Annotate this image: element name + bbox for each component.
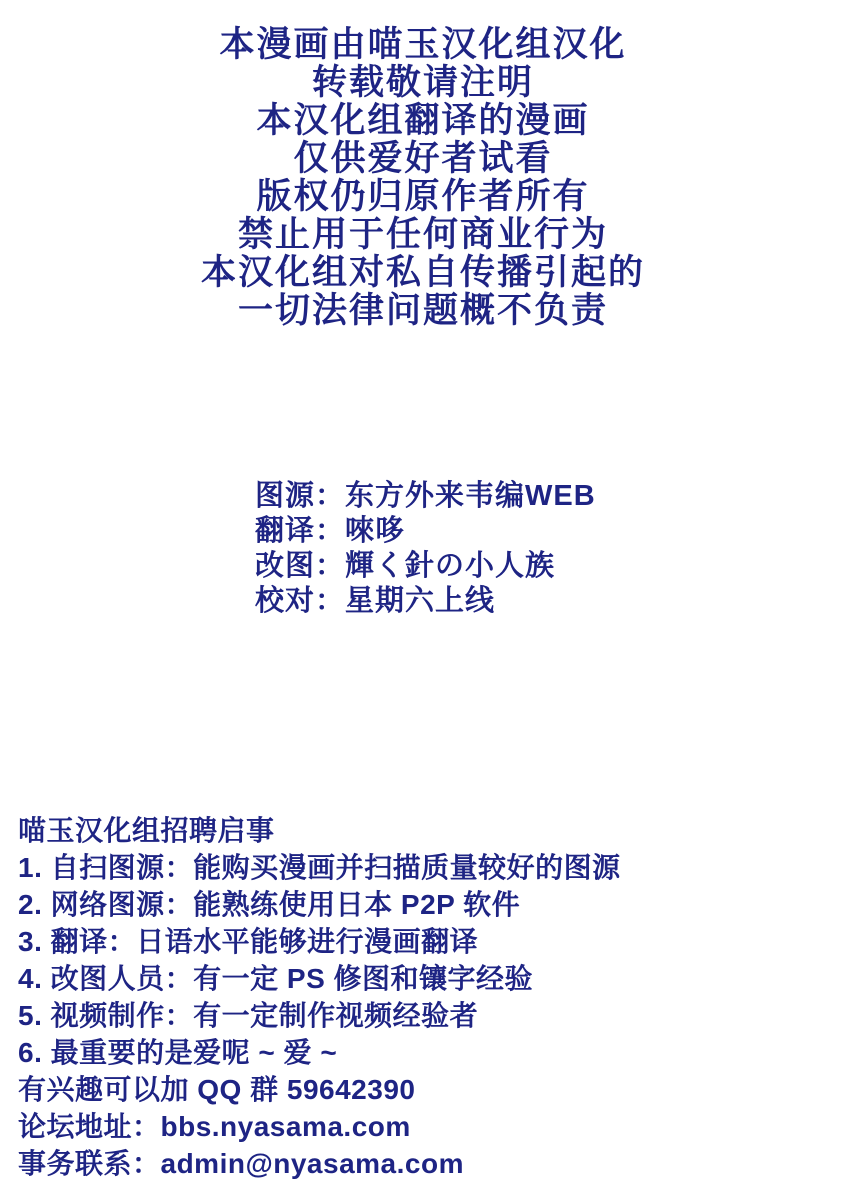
forum-address-line: 论坛地址：bbs.nyasama.com (18, 1108, 621, 1145)
credit-editor: 改图：輝く針の小人族 (255, 549, 596, 584)
disclaimer-line: 本漫画由喵玉汉化组汉化 (0, 26, 846, 64)
credit-value: 星期六上线 (345, 585, 495, 617)
disclaimer-block: 本漫画由喵玉汉化组汉化 转载敬请注明 本汉化组翻译的漫画 仅供爱好者试看 版权仍… (0, 26, 846, 330)
credit-proofreader: 校对：星期六上线 (255, 584, 596, 619)
credit-value: 唻哆 (345, 515, 405, 547)
recruitment-item: 1. 自扫图源：能购买漫画并扫描质量较好的图源 (18, 849, 621, 886)
credit-label: 校对： (255, 585, 345, 617)
recruitment-item: 6. 最重要的是爱呢 ~ 爱 ~ (18, 1034, 621, 1071)
credit-label: 图源： (255, 480, 345, 512)
qq-group-line: 有兴趣可以加 QQ 群 59642390 (18, 1071, 621, 1108)
disclaimer-line: 一切法律问题概不负责 (0, 292, 846, 330)
recruitment-block: 喵玉汉化组招聘启事 1. 自扫图源：能购买漫画并扫描质量较好的图源 2. 网络图… (18, 812, 621, 1182)
disclaimer-line: 禁止用于任何商业行为 (0, 216, 846, 254)
recruitment-item: 5. 视频制作：有一定制作视频经验者 (18, 997, 621, 1034)
recruitment-item: 4. 改图人员：有一定 PS 修图和镶字经验 (18, 960, 621, 997)
contact-email-line: 事务联系：admin@nyasama.com (18, 1145, 621, 1182)
disclaimer-line: 本汉化组对私自传播引起的 (0, 254, 846, 292)
recruitment-title: 喵玉汉化组招聘启事 (18, 812, 621, 849)
disclaimer-line: 转载敬请注明 (0, 64, 846, 102)
credit-label: 改图： (255, 550, 345, 582)
credit-translator: 翻译：唻哆 (255, 514, 596, 549)
disclaimer-line: 版权仍归原作者所有 (0, 178, 846, 216)
staff-credits-block: 图源：东方外来韦编WEB 翻译：唻哆 改图：輝く針の小人族 校对：星期六上线 (255, 479, 596, 619)
recruitment-item: 3. 翻译：日语水平能够进行漫画翻译 (18, 923, 621, 960)
credit-value: 輝く針の小人族 (345, 550, 555, 582)
credit-source: 图源：东方外来韦编WEB (255, 479, 596, 514)
disclaimer-line: 本汉化组翻译的漫画 (0, 102, 846, 140)
disclaimer-line: 仅供爱好者试看 (0, 140, 846, 178)
credit-label: 翻译： (255, 515, 345, 547)
recruitment-item: 2. 网络图源：能熟练使用日本 P2P 软件 (18, 886, 621, 923)
credit-value: 东方外来韦编WEB (345, 480, 596, 512)
